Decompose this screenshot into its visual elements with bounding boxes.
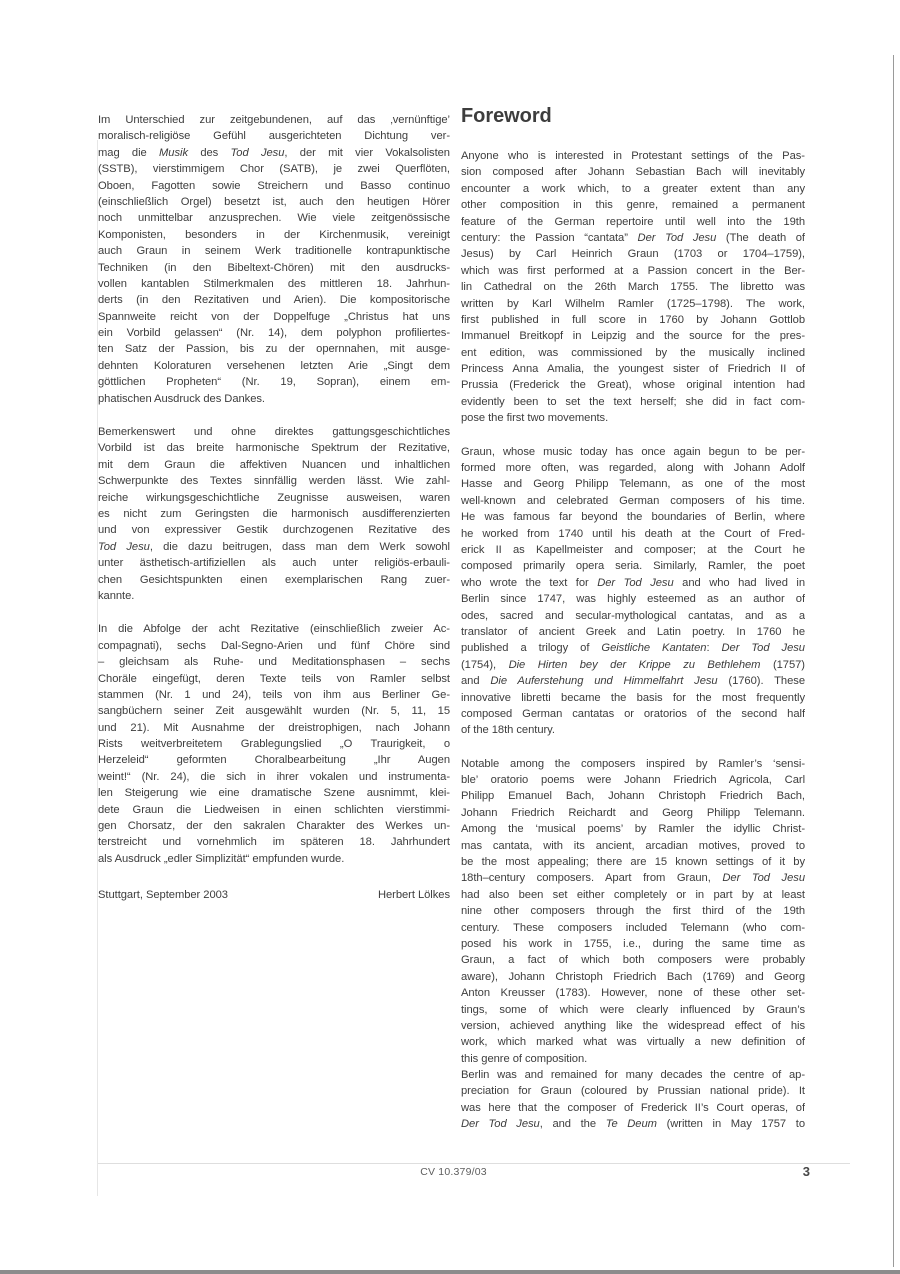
bottom-scan-bar	[0, 1270, 900, 1274]
text-line: this genre of composition.	[461, 1051, 805, 1067]
foreword-heading: Foreword	[461, 104, 805, 128]
text-line: written by Karl Wilhelm Ramler (1725–179…	[461, 296, 805, 312]
text-line: Hasse and Georg Philipp Telemann, as one…	[461, 476, 805, 492]
text-line: encounter a work which, to a greater ext…	[461, 181, 805, 197]
text-line: Oboen, Fagotten sowie Streichern und Bas…	[98, 178, 450, 194]
signature-row: Stuttgart, September 2003 Herbert Lölkes	[98, 887, 450, 903]
text-line: innovative libretti became the basis for…	[461, 690, 805, 706]
text-line: be the most appealing; there are 15 know…	[461, 854, 805, 870]
text-line: und 21). Mit Ausnahme der dreistrophigen…	[98, 720, 450, 736]
text-line: pose the first two movements.	[461, 410, 805, 426]
text-line: (einschließlich Orgel) besetzt ist, auch…	[98, 194, 450, 210]
text-line: compagnati), sechs Dal-Segno-Arien und f…	[98, 638, 450, 654]
text-line: chen Gesichtspunkten einen exemplarische…	[98, 572, 450, 588]
text-line: Rists weitverbreitetem Grablegungslied „…	[98, 736, 450, 752]
english-foreword-column: Foreword Anyone who is interested in Pro…	[461, 104, 805, 1133]
text-line: version, achieved anything like the wide…	[461, 1018, 805, 1034]
text-line: moralisch-religiöse Gefühl ausgerichtete…	[98, 128, 450, 144]
text-line: sion composed after Johann Sebastian Bac…	[461, 164, 805, 180]
text-line: aware), Johann Christoph Friedrich Bach …	[461, 969, 805, 985]
text-line: ble’ oratorio poems were Johann Friedric…	[461, 772, 805, 788]
text-line: Herzeleid“ geformten Choralbearbeitung „…	[98, 752, 450, 768]
text-line: auch Graun in seinem Werk traditionelle …	[98, 243, 450, 259]
footer: CV 10.379/03 3	[97, 1166, 810, 1184]
text-line: Choräle eingefügt, deren Texte teils von…	[98, 671, 450, 687]
text-line: erick II as Kapellmeister and composer; …	[461, 542, 805, 558]
text-line: In die Abfolge der acht Rezitative (eins…	[98, 621, 450, 637]
text-line: gen Chorsatz, der den sakralen Charakter…	[98, 818, 450, 834]
text-line: work, which marked what was virtually a …	[461, 1034, 805, 1050]
text-line: other composition in this genre, remaine…	[461, 197, 805, 213]
paragraph: Berlin was and remained for many decades…	[461, 1067, 805, 1133]
text-line: mag die Musik des Tod Jesu, der mit vier…	[98, 145, 450, 161]
text-line: vollen kantablen Stilmerkmalen des mittl…	[98, 276, 450, 292]
text-line: was here that the composer of Frederick …	[461, 1100, 805, 1116]
text-line: which was first performed at a Passion c…	[461, 263, 805, 279]
text-line: who wrote the text for Der Tod Jesu and …	[461, 575, 805, 591]
text-line: Spannweite reicht von der Doppelfuge „Ch…	[98, 309, 450, 325]
text-line: translator of ancient Greek and Latin po…	[461, 624, 805, 640]
text-line: posed his work in 1755, i.e., during the…	[461, 936, 805, 952]
text-line: unter ästhetisch-artifiziellen als auch …	[98, 555, 450, 571]
signature-author: Herbert Lölkes	[378, 887, 450, 903]
text-line: noch unmittelbar anzusprechen. Wie viele…	[98, 210, 450, 226]
text-line: Philipp Emanuel Bach, Johann Christoph F…	[461, 788, 805, 804]
text-line: and Die Auferstehung und Himmelfahrt Jes…	[461, 673, 805, 689]
paragraph: Anyone who is interested in Protestant s…	[461, 148, 805, 427]
text-line: derts (in den Rezitativen und Arien). Di…	[98, 292, 450, 308]
text-line: composed primarily opera seria. Similarl…	[461, 558, 805, 574]
page-edge-line-right	[893, 55, 894, 1267]
text-line: Berlin since 1747, was highly esteemed a…	[461, 591, 805, 607]
text-line: dehnten Koloraturen versehenen letzten A…	[98, 358, 450, 374]
text-line: 18th–century composers. Apart from Graun…	[461, 870, 805, 886]
text-line: Jesus) by Carl Heinrich Graun (1703 or 1…	[461, 246, 805, 262]
text-line: mas cantata, with its ancient, arcadian …	[461, 838, 805, 854]
paragraph: Graun, whose music today has once again …	[461, 444, 805, 739]
text-line: phatischen Ausdruck des Dankes.	[98, 391, 450, 407]
page-number: 3	[803, 1164, 810, 1179]
text-line: formed more often, was regarded, along w…	[461, 460, 805, 476]
text-line: reiche wirkungsgeschichtliche Zeugnisse …	[98, 490, 450, 506]
text-line: als Ausdruck „edler Simplizität“ empfund…	[98, 851, 450, 867]
text-line: He was famous far beyond the boundaries …	[461, 509, 805, 525]
text-line: century. These composers included Telema…	[461, 920, 805, 936]
text-line: Techniken (in den Bibeltext-Chören) mit …	[98, 260, 450, 276]
paragraph: In die Abfolge der acht Rezitative (eins…	[98, 621, 450, 867]
text-line: tings, some of which were clearly influe…	[461, 1002, 805, 1018]
text-line: evidently been to set the text herself; …	[461, 394, 805, 410]
catalog-number: CV 10.379/03	[97, 1166, 810, 1178]
text-line: feature of the German repertoire until w…	[461, 214, 805, 230]
text-line: Notable among the composers inspired by …	[461, 756, 805, 772]
text-line: Komponisten, besonders in der Kirchenmus…	[98, 227, 450, 243]
text-line: lin Cathedral on the 26th March 1755. Th…	[461, 279, 805, 295]
text-line: Johann Friedrich Reichardt and Georg Phi…	[461, 805, 805, 821]
paragraph: Bemerkenswert und ohne direktes gattungs…	[98, 424, 450, 604]
text-line: stammen (Nr. 1 und 24), teils von ihm au…	[98, 687, 450, 703]
english-paragraphs: Anyone who is interested in Protestant s…	[461, 148, 805, 1133]
paragraph: Im Unterschied zur zeitgebundenen, auf d…	[98, 112, 450, 407]
paragraph: Notable among the composers inspired by …	[461, 756, 805, 1067]
text-line: preciation for Graun (coloured by Prussi…	[461, 1083, 805, 1099]
text-line: Im Unterschied zur zeitgebundenen, auf d…	[98, 112, 450, 128]
german-text-column: Im Unterschied zur zeitgebundenen, auf d…	[98, 112, 450, 904]
text-line: sangbüchern seiner Zeit ausgewählt wurde…	[98, 703, 450, 719]
text-line: composed German cantatas or oratorios of…	[461, 706, 805, 722]
text-line: had also been set either completely or i…	[461, 887, 805, 903]
text-line: es nicht zum Geringsten die harmonisch a…	[98, 506, 450, 522]
text-line: (SSTB), vierstimmigem Chor (SATB), je zw…	[98, 161, 450, 177]
text-line: und von expressiver Gestik durchzogenen …	[98, 522, 450, 538]
text-line: Tod Jesu, die dazu beitrugen, dass man d…	[98, 539, 450, 555]
text-line: Prussia (Frederick the Great), whose ori…	[461, 377, 805, 393]
text-line: terstreicht und vornehmlich im späteren …	[98, 834, 450, 850]
german-paragraphs: Im Unterschied zur zeitgebundenen, auf d…	[98, 112, 450, 867]
text-line: Anton Kreusser (1783). However, none of …	[461, 985, 805, 1001]
text-line: göttlichen Propheten“ (Nr. 19, Sopran), …	[98, 374, 450, 390]
text-line: odes, sacred and secular-mythological ca…	[461, 608, 805, 624]
text-line: Der Tod Jesu, and the Te Deum (written i…	[461, 1116, 805, 1132]
text-line: kannte.	[98, 588, 450, 604]
text-line: ein Vorbild gelassen“ (Nr. 14), dem poly…	[98, 325, 450, 341]
text-line: Immanuel Breitkopf in Leipzig and the so…	[461, 328, 805, 344]
text-line: mit dem Graun die affektiven Nuancen und…	[98, 457, 450, 473]
text-line: nine other composers through the first t…	[461, 903, 805, 919]
footer-rule	[97, 1163, 850, 1164]
text-line: of the 18th century.	[461, 722, 805, 738]
text-line: Vorbild ist das breite harmonische Spekt…	[98, 440, 450, 456]
text-line: he worked from 1740 until his death at t…	[461, 526, 805, 542]
text-line: len Steigerung wie eine dramatische Szen…	[98, 785, 450, 801]
text-line: Berlin was and remained for many decades…	[461, 1067, 805, 1083]
text-line: Anyone who is interested in Protestant s…	[461, 148, 805, 164]
text-line: well-known and celebrated German compose…	[461, 493, 805, 509]
text-line: Princess Anna Amalia, the youngest siste…	[461, 361, 805, 377]
text-line: weint!“ (Nr. 24), die sich in ihrer voka…	[98, 769, 450, 785]
text-line: published a trilogy of Geistliche Kantat…	[461, 640, 805, 656]
document-page: Im Unterschied zur zeitgebundenen, auf d…	[0, 0, 900, 1274]
text-line: Among the ‘musical poems’ by Ramler the …	[461, 821, 805, 837]
text-line: ten Satz der Passion, bis zu der opernna…	[98, 341, 450, 357]
text-line: first published in full score in 1760 by…	[461, 312, 805, 328]
text-line: Schwerpunkte des Textes sinnfällig werde…	[98, 473, 450, 489]
text-line: dete Graun die Liedweisen in einen schli…	[98, 802, 450, 818]
text-line: Graun, a fact of which both composers we…	[461, 952, 805, 968]
signature-place-date: Stuttgart, September 2003	[98, 887, 228, 903]
text-line: Bemerkenswert und ohne direktes gattungs…	[98, 424, 450, 440]
text-line: ent edition, was commissioned by the mus…	[461, 345, 805, 361]
text-line: – gleichsam als Ruhe- und Meditationspha…	[98, 654, 450, 670]
page-edge-line-left	[97, 140, 98, 1196]
text-line: Graun, whose music today has once again …	[461, 444, 805, 460]
text-line: (1754), Die Hirten bey der Krippe zu Bet…	[461, 657, 805, 673]
text-line: century: the Passion “cantata” Der Tod J…	[461, 230, 805, 246]
